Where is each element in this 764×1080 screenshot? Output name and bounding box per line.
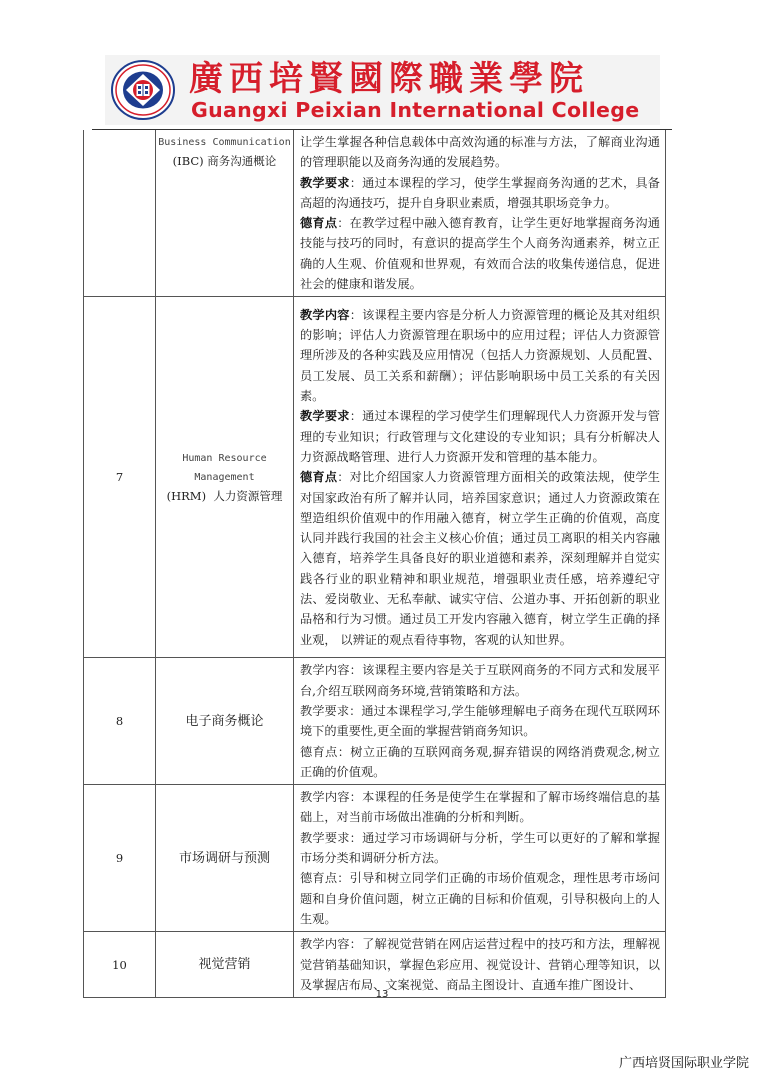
college-seal-icon — [110, 59, 176, 121]
section-label: 教学要求 — [300, 176, 350, 190]
course-number: 7 — [84, 297, 156, 658]
college-name-chinese: 廣西培賢國際職業學院 — [189, 59, 589, 99]
college-name-english: Guangxi Peixian International College — [191, 98, 639, 122]
course-number: 9 — [84, 785, 156, 932]
course-description: 教学内容：该课程主要内容是关于互联网商务的不同方式和发展平台,介绍互联网商务环境… — [294, 658, 666, 785]
college-banner: 廣西培賢國際職業學院 Guangxi Peixian International… — [105, 55, 660, 125]
course-name: Business Communication (IBC) 商务沟通概论 — [156, 130, 294, 297]
table-row: 7 Human Resource Management (HRM) 人力资源管理… — [84, 297, 666, 658]
footer-institution: 广西培贤国际职业学院 — [619, 1052, 749, 1071]
table-row: Business Communication (IBC) 商务沟通概论 让学生掌… — [84, 130, 666, 297]
course-description: 教学内容：该课程主要内容是分析人力资源管理的概论及其对组织的影响；评估人力资源管… — [294, 297, 666, 658]
course-description: 教学内容：本课程的任务是使学生在掌握和了解市场终端信息的基础上，对当前市场做出准… — [294, 785, 666, 932]
description-paragraph: 教学要求：通过学习市场调研与分析，学生可以更好的了解和掌握市场分类和调研分析方法… — [300, 828, 660, 869]
course-name-english: Business Communication — [156, 133, 293, 152]
section-label: 德育点 — [300, 216, 337, 230]
description-paragraph: 教学内容：该课程主要内容是分析人力资源管理的概论及其对组织的影响；评估人力资源管… — [300, 305, 660, 406]
course-name-chinese: (IBC) 商务沟通概论 — [156, 152, 293, 171]
description-paragraph: 德育点：在教学过程中融入德育教育，让学生更好地掌握商务沟通技能与技巧的同时，有意… — [300, 213, 660, 294]
course-number: 10 — [84, 932, 156, 998]
description-paragraph: 教学要求：通过本课程学习,学生能够理解电子商务在现代互联网环境下的重要性,更全面… — [300, 701, 660, 742]
course-name: 市场调研与预测 — [156, 785, 294, 932]
course-description: 让学生掌握各种信息载体中高效沟通的标准与方法，了解商业沟通的管理职能以及商务沟通… — [294, 130, 666, 297]
course-name-chinese: 市场调研与预测 — [156, 849, 293, 868]
description-paragraph: 德育点：树立正确的互联网商务观,摒弃错误的网络消费观念,树立正确的价值观。 — [300, 742, 660, 783]
page-number: 13 — [0, 989, 764, 1000]
description-paragraph: 让学生掌握各种信息载体中高效沟通的标准与方法，了解商业沟通的管理职能以及商务沟通… — [300, 132, 660, 173]
course-number: 8 — [84, 658, 156, 785]
description-paragraph: 教学要求：通过本课程的学习，使学生掌握商务沟通的艺术，具备高超的沟通技巧，提升自… — [300, 173, 660, 214]
description-paragraph: 教学要求：通过本课程的学习使学生们理解现代人力资源开发与管理的专业知识；行政管理… — [300, 406, 660, 467]
course-name-english: Management — [156, 468, 293, 487]
course-name: 视觉营销 — [156, 932, 294, 998]
course-name-chinese: 视觉营销 — [156, 955, 293, 974]
section-label: 教学内容 — [300, 308, 350, 322]
course-number — [84, 130, 156, 297]
section-label: 德育点 — [300, 470, 337, 484]
table-row: 8 电子商务概论 教学内容：该课程主要内容是关于互联网商务的不同方式和发展平台,… — [84, 658, 666, 785]
description-paragraph: 教学内容：了解视觉营销在网店运营过程中的技巧和方法，理解视觉营销基础知识，掌握色… — [300, 934, 660, 995]
table-row: 9 市场调研与预测 教学内容：本课程的任务是使学生在掌握和了解市场终端信息的基础… — [84, 785, 666, 932]
course-table: Business Communication (IBC) 商务沟通概论 让学生掌… — [83, 130, 666, 998]
section-label: 教学要求 — [300, 409, 350, 423]
course-name: 电子商务概论 — [156, 658, 294, 785]
course-name-chinese: 电子商务概论 — [156, 712, 293, 731]
table-row: 10 视觉营销 教学内容：了解视觉营销在网店运营过程中的技巧和方法，理解视觉营销… — [84, 932, 666, 998]
course-name: Human Resource Management (HRM) 人力资源管理 — [156, 297, 294, 658]
course-name-english: Human Resource — [156, 449, 293, 468]
description-paragraph: 德育点：引导和树立同学们正确的市场价值观念，理性思考市场问题和自身价值问题，树立… — [300, 868, 660, 929]
description-paragraph: 德育点：对比介绍国家人力资源管理方面相关的政策法规，使学生对国家政治有所了解并认… — [300, 467, 660, 650]
description-paragraph: 教学内容：本课程的任务是使学生在掌握和了解市场终端信息的基础上，对当前市场做出准… — [300, 787, 660, 828]
course-name-chinese: (HRM) 人力资源管理 — [156, 487, 293, 506]
description-paragraph: 教学内容：该课程主要内容是关于互联网商务的不同方式和发展平台,介绍互联网商务环境… — [300, 660, 660, 701]
course-description: 教学内容：了解视觉营销在网店运营过程中的技巧和方法，理解视觉营销基础知识，掌握色… — [294, 932, 666, 998]
